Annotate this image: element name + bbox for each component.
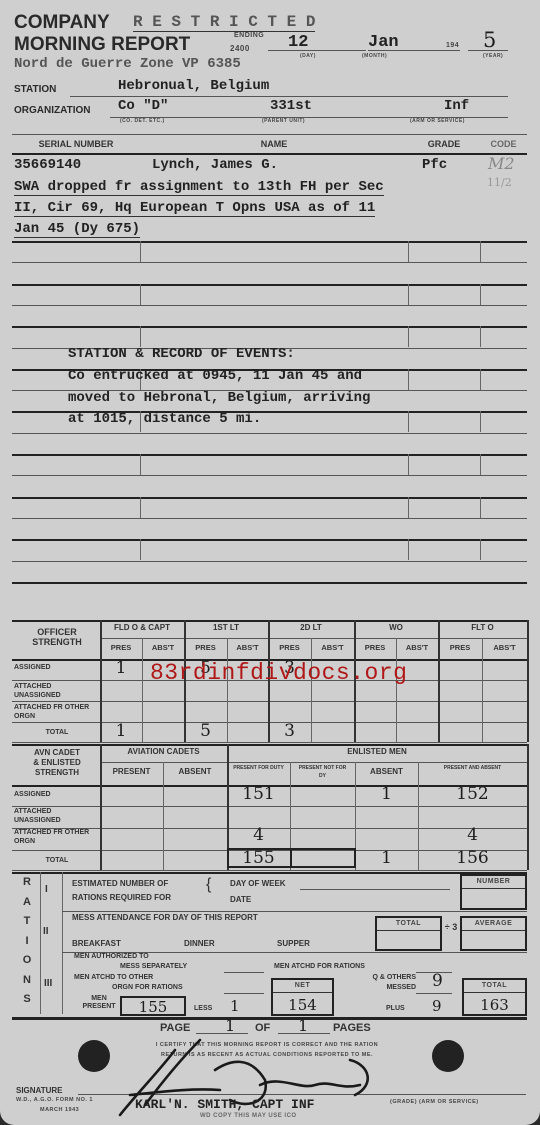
- day-underline: [268, 50, 366, 51]
- column-tick: [480, 539, 481, 560]
- rations-supper-label: SUPPER: [277, 939, 310, 948]
- enlisted-col-rule: [163, 762, 164, 870]
- rations-grand-total-divider: [464, 992, 525, 993]
- rations-side-letter: O: [20, 954, 34, 966]
- column-tick: [140, 284, 141, 305]
- ruled-line: [12, 326, 527, 328]
- rations-net-box: NET 154: [271, 978, 334, 1016]
- ruled-line: [12, 518, 527, 519]
- rations-total-divider: [377, 930, 440, 931]
- organization-label: ORGANIZATION: [14, 105, 90, 116]
- enlisted-assigned-value: 1: [355, 784, 418, 804]
- rations-average-divider: [462, 930, 525, 931]
- rations-net-label: NET: [273, 982, 332, 989]
- enlisted-row-label: ASSIGNED: [14, 790, 100, 799]
- col-name: NAME: [140, 139, 408, 149]
- events-line-1: Co entrucked at 0945, 11 Jan 45 and: [68, 368, 362, 384]
- rations-number-label: NUMBER: [462, 878, 525, 885]
- rations-grand-total-label: TOTAL: [464, 982, 525, 989]
- officer-col-rule: [396, 638, 397, 742]
- time-label: 2400: [230, 44, 250, 53]
- officer-total-value: 5: [184, 721, 227, 741]
- entry-code: M2: [488, 154, 515, 173]
- enlisted-attached-other-value: 4: [227, 825, 290, 845]
- entry-remark-line-1: SWA dropped fr assignment to 13th FH per…: [14, 179, 384, 196]
- rations-side-divider: [40, 872, 41, 1014]
- officer-assigned-value: 1: [100, 658, 142, 678]
- officer-col-rule: [311, 638, 312, 742]
- rations-section-i-num: I: [45, 884, 48, 895]
- rations-auth-line2: MESS SEPARATELY: [120, 963, 187, 970]
- officer-col-rule: [438, 620, 440, 742]
- rations-num-divider: [62, 872, 63, 1014]
- enlisted-title-line1: AVN CADET: [34, 748, 80, 757]
- rations-auth-field: [224, 972, 264, 973]
- ruled-line: [12, 561, 527, 562]
- officer-title-line1: OFFICER: [37, 627, 77, 637]
- enlisted-row-label: TOTAL: [14, 856, 100, 865]
- rations-others-line2: MESSED: [350, 984, 416, 991]
- report-year: 5: [483, 28, 496, 52]
- column-tick: [408, 539, 409, 560]
- column-tick: [140, 497, 141, 518]
- ruled-line: [12, 262, 527, 263]
- enlisted-col-header: ABSENT: [355, 768, 418, 776]
- rations-average-label: AVERAGE: [462, 920, 525, 927]
- rations-est-line2: RATIONS REQUIRED FOR: [72, 893, 171, 902]
- grade-caption: (GRADE) (ARM OR SERVICE): [390, 1099, 479, 1105]
- rations-mess-attendance-label: MESS ATTENDANCE FOR DAY OF THIS REPORT: [72, 913, 258, 922]
- rations-others-line1: Q & OTHERS: [350, 974, 416, 981]
- officer-col-rule: [227, 638, 228, 742]
- column-tick: [408, 497, 409, 518]
- col-code: CODE: [480, 139, 527, 149]
- rations-others-field: [416, 993, 452, 994]
- rations-atchd-other-field: [224, 993, 264, 994]
- rations-total-label: TOTAL: [377, 920, 440, 927]
- column-tick: [408, 241, 409, 262]
- rations-net-divider: [273, 992, 332, 993]
- entry-serial: 35669140: [14, 157, 81, 173]
- officer-title-line2: STRENGTH: [32, 637, 82, 647]
- ruled-line: [12, 475, 527, 476]
- rations-side-letter: A: [20, 896, 34, 908]
- rations-net-value: 154: [273, 996, 332, 1014]
- ruled-line: [12, 454, 527, 456]
- column-tick: [480, 284, 481, 305]
- officer-col-rule: [482, 638, 483, 742]
- column-tick: [140, 539, 141, 560]
- rations-atchd-other-line1: MEN ATCHD TO OTHER: [74, 974, 153, 981]
- present-for-duty-total-box: [227, 848, 292, 868]
- enlisted-assigned-value: 152: [418, 784, 527, 804]
- ruled-line: [12, 305, 527, 306]
- entry-name: Lynch, James G.: [152, 157, 278, 173]
- officer-group-header: FLT O: [438, 623, 527, 632]
- rations-side-letter: R: [20, 876, 34, 888]
- enlisted-assigned-value: 151: [227, 784, 290, 804]
- classification-stamp: R E S T R I C T E D: [133, 13, 315, 32]
- present-not-for-duty-total-box: [290, 848, 356, 868]
- watermark: 83rdinfdivdocs.org: [150, 660, 407, 686]
- rations-men-present-box: 155: [120, 996, 186, 1016]
- officer-total-value: 3: [268, 721, 311, 741]
- organization-parent: 331st: [270, 98, 312, 114]
- year-prefix: 194: [446, 42, 459, 49]
- station-label: STATION: [14, 84, 56, 95]
- ruled-line: [12, 284, 527, 286]
- rations-plus-label: PLUS: [386, 1005, 405, 1012]
- rations-men-present-label: MEN PRESENT: [78, 995, 120, 1011]
- enlisted-col-rule: [527, 744, 529, 870]
- enlisted-row-rule: [100, 762, 527, 763]
- officer-group-header: 1ST LT: [184, 623, 268, 632]
- officer-row-rule: [100, 638, 527, 639]
- roster-header-rule: [12, 153, 527, 155]
- rations-number-divider: [462, 888, 525, 889]
- rations-grand-total-value: 163: [464, 996, 525, 1014]
- organization-company: Co "D": [118, 98, 168, 114]
- station-value: Hebronual, Belgium: [118, 78, 269, 94]
- officer-sub-header: PRES: [184, 643, 227, 652]
- officer-sub-header: ABS'T: [482, 643, 527, 652]
- officer-total-value: 1: [100, 721, 142, 741]
- form-number-line2: MARCH 1943: [40, 1107, 79, 1113]
- enlisted-total-value: 1: [355, 848, 418, 868]
- organization-company-caption: (CO. DET. ETC.): [120, 118, 165, 124]
- events-title: STATION & RECORD OF EVENTS:: [68, 346, 295, 362]
- rations-i-rule: [62, 911, 527, 912]
- ruled-line: [12, 241, 527, 243]
- ruled-line: [12, 582, 527, 584]
- column-tick: [408, 454, 409, 475]
- aviation-cadets-header: AVIATION CADETS: [100, 747, 227, 756]
- enlisted-title-line3: STRENGTH: [35, 768, 79, 777]
- enlisted-col-header: PRESENT AND ABSENT: [418, 764, 527, 772]
- rations-section-iii-num: III: [44, 978, 52, 989]
- organization-parent-caption: (PARENT UNIT): [262, 118, 305, 124]
- ruled-line: [12, 497, 527, 499]
- morning-report-label: MORNING REPORT: [14, 34, 190, 56]
- location-line: Nord de Guerre Zone VP 6385: [14, 56, 241, 72]
- officer-row-label: ATTACHED UNASSIGNED: [14, 682, 100, 700]
- officer-col-rule: [142, 638, 143, 742]
- officer-sub-header: ABS'T: [142, 643, 184, 652]
- officer-row-label: TOTAL: [14, 728, 100, 737]
- column-tick: [408, 369, 409, 390]
- enlisted-col-header: PRESENT: [100, 768, 163, 776]
- column-tick: [480, 497, 481, 518]
- roster-top-rule: [12, 134, 527, 135]
- enlisted-col-header: PRESENT FOR DUTY: [227, 764, 290, 772]
- events-line-3: at 1015, distance 5 mi.: [68, 411, 261, 427]
- enlisted-title-line2: & ENLISTED: [33, 758, 81, 767]
- rations-side-letter: N: [20, 974, 34, 986]
- officer-row-label: ASSIGNED: [14, 663, 100, 672]
- column-tick: [480, 454, 481, 475]
- events-line-2: moved to Hebronal, Belgium, arriving: [68, 390, 370, 406]
- enlisted-men-header: ENLISTED MEN: [227, 747, 527, 756]
- rations-total-box: TOTAL: [375, 916, 442, 951]
- officer-sub-header: ABS'T: [227, 643, 268, 652]
- enlisted-row-label: ATTACHED FR OTHER ORGN: [14, 828, 100, 846]
- rations-atchd-other-line2: ORGN FOR RATIONS: [112, 984, 183, 991]
- ruled-line: [12, 433, 527, 434]
- officer-col-rule: [527, 620, 529, 742]
- enlisted-row-rule: [12, 870, 527, 871]
- rations-men-present-value: 155: [122, 998, 184, 1016]
- rations-side-letter: I: [20, 935, 34, 947]
- enlisted-total-value: 156: [418, 848, 527, 868]
- column-tick: [140, 241, 141, 262]
- rations-dinner-label: DINNER: [184, 939, 215, 948]
- rations-breakfast-label: BREAKFAST: [72, 939, 121, 948]
- report-day: 12: [288, 33, 308, 52]
- rations-atchd-for-rations-label: MEN ATCHD FOR RATIONS: [274, 963, 365, 970]
- rations-grand-total-box: TOTAL 163: [462, 978, 527, 1016]
- column-tick: [480, 326, 481, 347]
- organization-arm-caption: (ARM OR SERVICE): [410, 118, 465, 124]
- rations-number-box: NUMBER: [460, 874, 527, 910]
- officer-sub-header: PRES: [354, 643, 396, 652]
- rations-day-of-week-field: [300, 889, 450, 890]
- column-tick: [408, 326, 409, 347]
- entry-grade: Pfc: [422, 157, 447, 173]
- rations-brace: {: [206, 876, 211, 894]
- form-number-line1: W.D., A.G.O. FORM NO. 1: [16, 1097, 93, 1103]
- punch-hole-right: [432, 1040, 464, 1072]
- rations-section-ii-num: II: [43, 926, 49, 937]
- column-tick: [140, 454, 141, 475]
- signer-name: KARL'N. SMITH, CAPT INF: [135, 1097, 314, 1112]
- column-tick: [140, 326, 141, 347]
- rations-side-letter: S: [20, 993, 34, 1005]
- enlisted-row-label: ATTACHED UNASSIGNED: [14, 807, 100, 825]
- entry-remark-line-2: II, Cir 69, Hq European T Opns USA as of…: [14, 200, 375, 217]
- column-tick: [480, 411, 481, 432]
- rations-auth-line1: MEN AUTHORIZED TO: [74, 953, 149, 960]
- rations-day-of-week-label: DAY OF WEEK: [230, 879, 286, 888]
- rations-divide-by-3: ÷ 3: [444, 922, 458, 933]
- enlisted-attached-other-value: 4: [418, 825, 527, 845]
- rations-date-label: DATE: [230, 895, 251, 904]
- company-label: COMPANY: [14, 12, 110, 34]
- bottom-note: WD COPY THIS MAY USE ICO: [200, 1113, 297, 1119]
- rations-side-letter: T: [20, 915, 34, 927]
- morning-report-card: COMPANY R E S T R I C T E D MORNING REPO…: [0, 0, 540, 1125]
- rations-average-box: AVERAGE: [460, 916, 527, 951]
- column-tick: [408, 411, 409, 432]
- rations-plus-value: 9: [432, 997, 442, 1015]
- officer-group-header: FLD O & CAPT: [100, 623, 184, 632]
- officer-strength-title: OFFICER STRENGTH: [14, 627, 100, 647]
- organization-arm: Inf: [444, 98, 469, 114]
- officer-row-rule: [12, 742, 527, 743]
- col-grade: GRADE: [408, 139, 480, 149]
- officer-sub-header: ABS'T: [311, 643, 354, 652]
- rations-less-value: 1: [230, 997, 240, 1015]
- officer-sub-header: ABS'T: [396, 643, 438, 652]
- officer-group-header: WO: [354, 623, 438, 632]
- year-caption: (YEAR): [483, 53, 503, 59]
- entry-code-margin: 11/2: [487, 176, 512, 189]
- officer-group-header: 2D LT: [268, 623, 354, 632]
- rations-less-label: LESS: [194, 1005, 212, 1012]
- rations-others-value: 9: [432, 971, 443, 991]
- ending-label: ENDING: [234, 32, 264, 39]
- year-underline: [468, 50, 508, 51]
- enlisted-col-header: PRESENT NOT FOR DY: [290, 764, 355, 780]
- enlisted-col-header: ABSENT: [163, 768, 227, 776]
- rations-est-line1: ESTIMATED NUMBER OF: [72, 879, 168, 888]
- entry-remark-line-3: Jan 45 (Dy 675): [14, 221, 140, 238]
- station-underline: [70, 96, 508, 97]
- report-month: Jan: [368, 33, 399, 52]
- column-tick: [408, 284, 409, 305]
- enlisted-table-top: [12, 744, 527, 746]
- month-caption: (MONTH): [362, 53, 387, 59]
- rations-bottom: [12, 1017, 527, 1020]
- day-caption: (DAY): [300, 53, 316, 59]
- col-serial-number: SERIAL NUMBER: [12, 139, 140, 149]
- rations-top: [12, 872, 527, 874]
- column-tick: [480, 369, 481, 390]
- officer-sub-header: PRES: [268, 643, 311, 652]
- officer-sub-header: PRES: [100, 643, 142, 652]
- enlisted-strength-title: AVN CADET & ENLISTED STRENGTH: [14, 748, 100, 778]
- enlisted-col-rule: [100, 744, 102, 870]
- column-tick: [480, 241, 481, 262]
- officer-row-label: ATTACHED FR OTHER ORGN: [14, 703, 100, 721]
- ruled-line: [12, 539, 527, 541]
- signature-label: SIGNATURE: [16, 1086, 63, 1095]
- officer-sub-header: PRES: [438, 643, 482, 652]
